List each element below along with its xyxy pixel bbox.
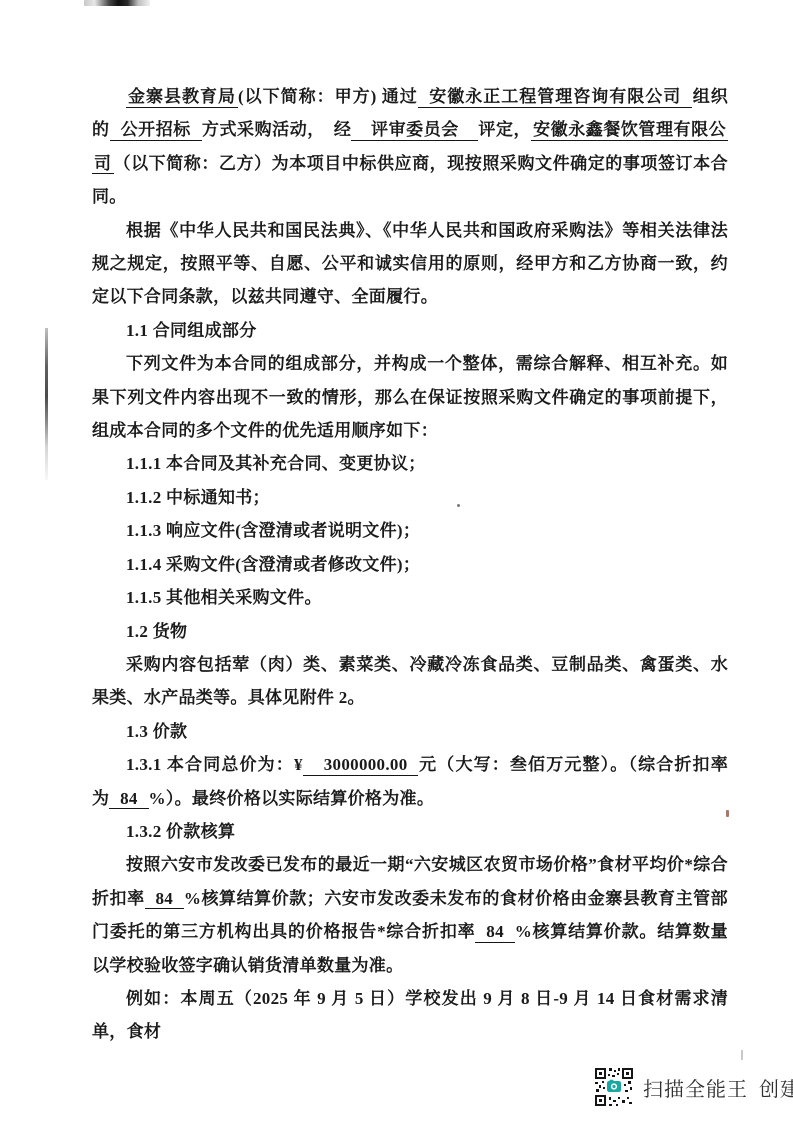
- filled-blank-agency: 安徽永正工程管理咨询有限公司: [418, 87, 692, 108]
- text-segment: %）。最终价格以实际结算价格为准。: [149, 789, 435, 808]
- clause-item-1-1-3: 1.1.3 响应文件(含澄清或者说明文件)；: [92, 514, 728, 547]
- contract-body: 金寨县教育局(以下简称：甲方) 通过 安徽永正工程管理咨询有限公司 组织的 公开…: [92, 80, 728, 1049]
- text-segment: （以下简称：乙方）为本项目中标供应商，现按照采购文件确定的事项签订本合同。: [92, 154, 728, 206]
- clause-item-1-1-4: 1.1.4 采购文件(含澄清或者修改文件)；: [92, 548, 728, 581]
- paragraph-price-calculation: 按照六安市发改委已发布的最近一期“六安城区农贸市场价格”食材平均价*综合折扣率 …: [92, 848, 728, 982]
- watermark-text: 扫描全能王 创建: [643, 1073, 793, 1102]
- filled-blank-discount-rate: 84: [145, 889, 184, 910]
- clause-item-1-1-1: 1.1.1 本合同及其补充合同、变更协议；: [92, 447, 728, 480]
- text-segment: 1.3.1 本合同总价为：¥: [126, 755, 303, 774]
- paragraph-legal-basis: 根据《中华人民共和国民法典》、《中华人民共和国政府采购法》等相关法律法规之规定，…: [92, 214, 728, 314]
- paragraph-composition-intro: 下列文件为本合同的组成部分，并构成一个整体，需综合解释、相互补充。如果下列文件内…: [92, 347, 728, 447]
- heading-1-1-contract-composition: 1.1 合同组成部分: [92, 314, 728, 347]
- scan-artifact-left-edge-line: [45, 328, 48, 480]
- filled-blank-review-committee: 评审委员会: [351, 120, 478, 141]
- heading-1-3-price: 1.3 价款: [92, 715, 728, 748]
- heading-1-2-goods: 1.2 货物: [92, 615, 728, 648]
- filled-blank-discount-rate: 84: [109, 789, 148, 810]
- paragraph-example: 例如：本周五（2025 年 9 月 5 日）学校发出 9 月 8 日-9 月 1…: [92, 982, 728, 1049]
- scanned-contract-page: 金寨县教育局(以下简称：甲方) 通过 安徽永正工程管理咨询有限公司 组织的 公开…: [0, 0, 793, 1122]
- qr-code-icon: [594, 1066, 634, 1108]
- clause-item-1-1-2: 1.1.2 中标通知书；: [92, 481, 728, 514]
- paragraph-total-price: 1.3.1 本合同总价为：¥ 3000000.00 元（大写：叁佰万元整）。（综…: [92, 748, 728, 815]
- paragraph-intro: 金寨县教育局(以下简称：甲方) 通过 安徽永正工程管理咨询有限公司 组织的 公开…: [92, 80, 728, 214]
- paragraph-goods-content: 采购内容包括荤（肉）类、素菜类、冷藏冷冻食品类、豆制品类、禽蛋类、水果类、水产品…: [92, 648, 728, 715]
- filled-blank-total-amount: 3000000.00: [303, 755, 419, 776]
- text-segment: (以下简称：甲方) 通过: [238, 87, 418, 106]
- filled-blank-party-a: 金寨县教育局: [126, 87, 238, 108]
- text-segment: 评定，: [478, 120, 531, 139]
- filled-blank-procurement-method: 公开招标: [110, 120, 202, 141]
- text-segment: 方式采购活动， 经: [202, 120, 352, 139]
- scan-artifact-top-smudge: [84, 0, 150, 6]
- camscanner-watermark: 扫描全能王 创建: [594, 1066, 793, 1108]
- clause-item-1-1-5: 1.1.5 其他相关采购文件。: [92, 581, 728, 614]
- heading-1-3-2-price-calculation: 1.3.2 价款核算: [92, 815, 728, 848]
- filled-blank-discount-rate: 84: [475, 922, 514, 943]
- scan-artifact-tick: [741, 1050, 743, 1060]
